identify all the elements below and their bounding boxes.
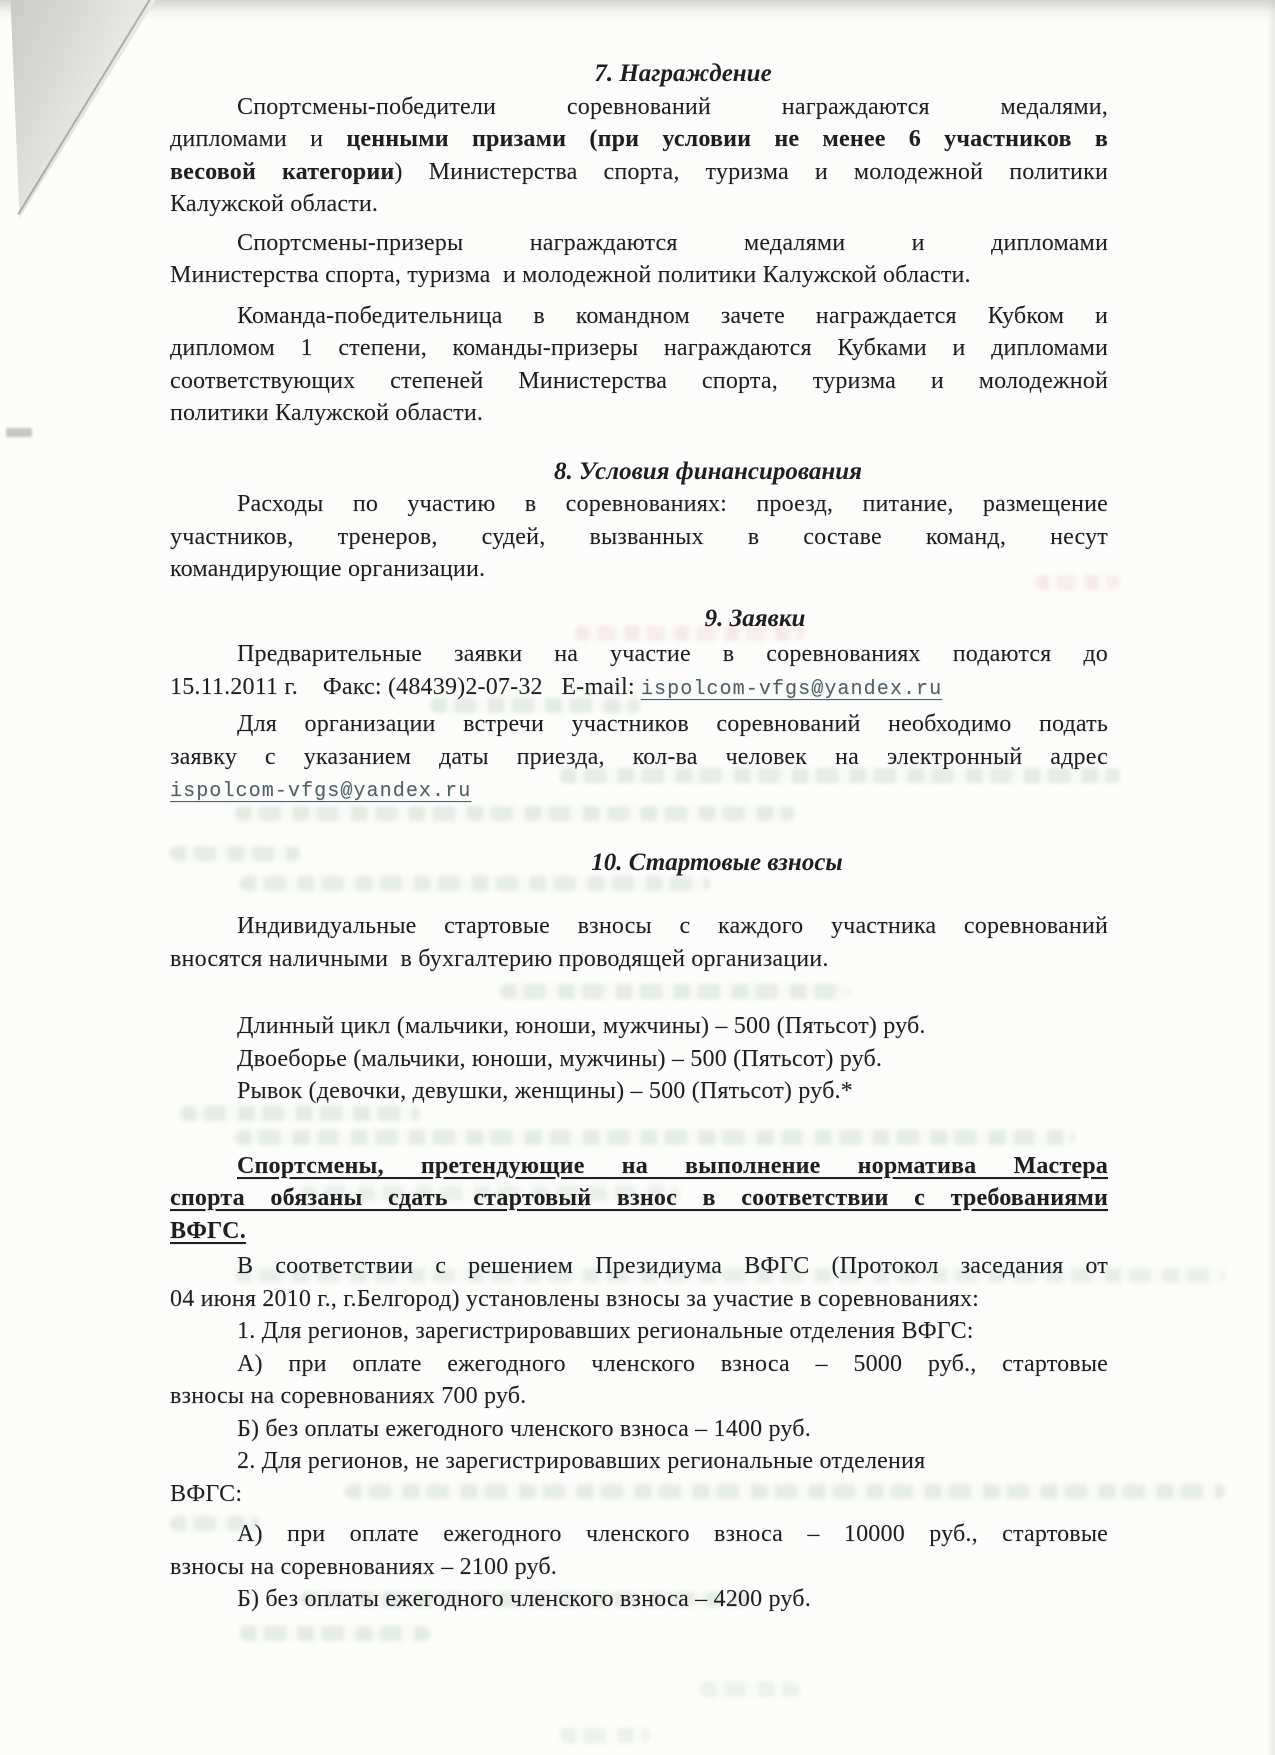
text-segment: Индивидуальные стартовые взносы с каждог… — [237, 913, 1108, 939]
text-segment: А) при оплате ежегодного членского взнос… — [237, 1351, 1108, 1377]
text-line: В соответствии с решением Президиума ВФГ… — [170, 1250, 1108, 1283]
paragraph-funding: Расходы по участию в соревнованиях: прое… — [170, 488, 1108, 586]
text-segment: командирующие организации. — [170, 556, 485, 582]
text-segment: ВФГС. — [170, 1218, 246, 1244]
text-segment: Б) без оплаты ежегодного членского взнос… — [237, 1586, 811, 1612]
text-line: ispolcom-vfgs@yandex.ru — [170, 773, 1108, 809]
paragraph-intro: Индивидуальные стартовые взносы с каждог… — [170, 910, 1108, 975]
scanned-document-page: 7. НаграждениеСпортсмены-победители соре… — [0, 0, 1275, 1755]
text-line: взносы на соревнованиях – 2100 руб. — [170, 1551, 1108, 1584]
text-segment: Команда-победительница в командном зачет… — [237, 303, 1108, 329]
text-segment: 1. Для регионов, зарегистрировавших реги… — [237, 1318, 974, 1344]
text-segment: Министерства спорта, туризма и молодежно… — [170, 262, 971, 288]
text-line: Калужской области. — [170, 188, 1108, 221]
paragraph-item-2a: А) при оплате ежегодного членского взнос… — [170, 1518, 1108, 1583]
text-line: Предварительные заявки на участие в соре… — [170, 638, 1108, 671]
text-segment: В соответствии с решением Президиума ВФГ… — [237, 1253, 1108, 1279]
paragraph-item-2: 2. Для регионов, не зарегистрировавших р… — [170, 1445, 1108, 1510]
text-segment: Калужской области. — [170, 191, 378, 217]
text-line: Двоеборье (мальчики, юноши, мужчины) – 5… — [170, 1043, 1108, 1076]
paragraph-applications: Предварительные заявки на участие в соре… — [170, 638, 1108, 706]
section-heading: 8. Условия финансирования — [170, 456, 1108, 489]
bleed-through-artifact — [240, 1626, 430, 1641]
section-s7: 7. НаграждениеСпортсмены-победители соре… — [170, 58, 1108, 430]
text-segment: А) при оплате ежегодного членского взнос… — [237, 1521, 1108, 1547]
bleed-through-artifact — [560, 1728, 650, 1743]
text-segment: Б) без оплаты ежегодного членского взнос… — [237, 1416, 811, 1442]
text-line: Рывок (девочки, девушки, женщины) – 500 … — [170, 1075, 1108, 1108]
text-segment: 04 июня 2010 г., г.Белгород) установлены… — [170, 1286, 979, 1312]
text-line: Команда-победительница в командном зачет… — [170, 300, 1108, 333]
text-line: А) при оплате ежегодного членского взнос… — [170, 1348, 1108, 1381]
text-line: взносы на соревнованиях 700 руб. — [170, 1380, 1108, 1413]
text-segment: заявку с указанием даты приезда, кол-ва … — [170, 744, 1108, 770]
text-line: весовой категории) Министерства спорта, … — [170, 156, 1108, 189]
section-heading: 7. Награждение — [170, 58, 1108, 91]
bleed-through-artifact — [700, 1682, 800, 1697]
text-segment: ) Министерства спорта, туризма и молодеж… — [394, 159, 1108, 185]
text-segment: Рывок (девочки, девушки, женщины) – 500 … — [237, 1078, 853, 1104]
paragraph-fees-list: Длинный цикл (мальчики, юноши, мужчины) … — [170, 1010, 1108, 1108]
scan-edge-shadow-right — [1267, 0, 1275, 1755]
text-segment: Предварительные заявки на участие в соре… — [237, 641, 1108, 667]
section-heading: 10. Стартовые взносы — [170, 847, 1108, 880]
paragraph-ms-requirement: Спортсмены, претендующие на выполнение н… — [170, 1150, 1108, 1248]
text-line: Министерства спорта, туризма и молодежно… — [170, 259, 1108, 292]
text-line: Для организации встречи участников сорев… — [170, 708, 1108, 741]
text-segment: соответствующих степеней Министерства сп… — [170, 368, 1108, 394]
text-segment: вносятся наличными в бухгалтерию проводя… — [170, 946, 829, 972]
text-segment: дипломами и — [170, 126, 346, 152]
text-segment: 15.11.2011 г. Факс: (48439)2-07-32 E-mai… — [170, 674, 641, 700]
email-link[interactable]: ispolcom-vfgs@yandex.ru — [641, 678, 942, 701]
text-line: 2. Для регионов, не зарегистрировавших р… — [170, 1445, 1108, 1478]
paragraph-meeting: Для организации встречи участников сорев… — [170, 708, 1108, 809]
paragraph-item-1b: Б) без оплаты ежегодного членского взнос… — [170, 1413, 1108, 1446]
text-line: дипломом 1 степени, команды-призеры нагр… — [170, 332, 1108, 365]
text-line: 1. Для регионов, зарегистрировавших реги… — [170, 1315, 1108, 1348]
paragraph-item-1: 1. Для регионов, зарегистрировавших реги… — [170, 1315, 1108, 1348]
text-line: спорта обязаны сдать стартовый взнос в с… — [170, 1182, 1108, 1215]
text-segment: взносы на соревнованиях 700 руб. — [170, 1383, 526, 1409]
text-line: Спортсмены-призеры награждаются медалями… — [170, 227, 1108, 260]
section-heading: 9. Заявки — [170, 603, 1108, 636]
paragraph-p2: Спортсмены-призеры награждаются медалями… — [170, 227, 1108, 292]
text-line: Спортсмены-победители соревнований награ… — [170, 91, 1108, 124]
text-line: ВФГС. — [170, 1215, 1108, 1248]
text-segment: Двоеборье (мальчики, юноши, мужчины) – 5… — [237, 1046, 882, 1072]
text-segment: Длинный цикл (мальчики, юноши, мужчины) … — [237, 1013, 926, 1039]
text-line: Б) без оплаты ежегодного членского взнос… — [170, 1583, 1108, 1616]
text-line: соответствующих степеней Министерства сп… — [170, 365, 1108, 398]
text-segment: дипломом 1 степени, команды-призеры нагр… — [170, 335, 1108, 361]
text-segment: взносы на соревнованиях – 2100 руб. — [170, 1554, 557, 1580]
paragraph-item-2b: Б) без оплаты ежегодного членского взнос… — [170, 1583, 1108, 1616]
text-line: Б) без оплаты ежегодного членского взнос… — [170, 1413, 1108, 1446]
text-line: 15.11.2011 г. Факс: (48439)2-07-32 E-mai… — [170, 671, 1108, 707]
email-link[interactable]: ispolcom-vfgs@yandex.ru — [170, 780, 471, 803]
paragraph-resolution: В соответствии с решением Президиума ВФГ… — [170, 1250, 1108, 1315]
text-segment: спорта обязаны сдать стартовый взнос в с… — [170, 1185, 1108, 1211]
text-segment: Спортсмены-победители соревнований награ… — [237, 94, 1108, 120]
text-segment: ценными призами (при условии не менее 6 … — [346, 126, 1108, 152]
section-s10: 10. Стартовые взносыИндивидуальные старт… — [170, 847, 1108, 1616]
text-line: командирующие организации. — [170, 553, 1108, 586]
text-segment: участников, тренеров, судей, вызванных в… — [170, 524, 1108, 550]
scan-mark-artifact — [6, 428, 32, 437]
text-line: политики Калужской области. — [170, 397, 1108, 430]
text-line: Спортсмены, претендующие на выполнение н… — [170, 1150, 1108, 1183]
text-segment: политики Калужской области. — [170, 400, 483, 426]
paragraph-p1: Спортсмены-победители соревнований награ… — [170, 91, 1108, 221]
text-line: заявку с указанием даты приезда, кол-ва … — [170, 741, 1108, 774]
paragraph-item-1a: А) при оплате ежегодного членского взнос… — [170, 1348, 1108, 1413]
text-segment: Для организации встречи участников сорев… — [237, 711, 1108, 737]
text-segment: 2. Для регионов, не зарегистрировавших р… — [237, 1448, 925, 1474]
text-line: ВФГС: — [170, 1478, 1108, 1511]
text-segment: ВФГС: — [170, 1481, 242, 1507]
text-line: дипломами и ценными призами (при условии… — [170, 123, 1108, 156]
paragraph-p3: Команда-победительница в командном зачет… — [170, 300, 1108, 430]
text-line: Индивидуальные стартовые взносы с каждог… — [170, 910, 1108, 943]
text-line: вносятся наличными в бухгалтерию проводя… — [170, 943, 1108, 976]
text-line: Расходы по участию в соревнованиях: прое… — [170, 488, 1108, 521]
text-line: участников, тренеров, судей, вызванных в… — [170, 521, 1108, 554]
text-segment: Спортсмены-призеры награждаются медалями… — [237, 230, 1108, 256]
text-segment: Расходы по участию в соревнованиях: прое… — [237, 491, 1108, 517]
document-body: 7. НаграждениеСпортсмены-победители соре… — [170, 58, 1108, 1616]
text-segment: Спортсмены, претендующие на выполнение н… — [237, 1153, 1108, 1179]
section-s9: 9. ЗаявкиПредварительные заявки на участ… — [170, 603, 1108, 809]
text-line: Длинный цикл (мальчики, юноши, мужчины) … — [170, 1010, 1108, 1043]
section-s8: 8. Условия финансированияРасходы по учас… — [170, 456, 1108, 586]
text-segment: весовой категории — [170, 159, 394, 185]
text-line: 04 июня 2010 г., г.Белгород) установлены… — [170, 1283, 1108, 1316]
text-line: А) при оплате ежегодного членского взнос… — [170, 1518, 1108, 1551]
scan-edge-shadow-top — [0, 0, 1275, 22]
